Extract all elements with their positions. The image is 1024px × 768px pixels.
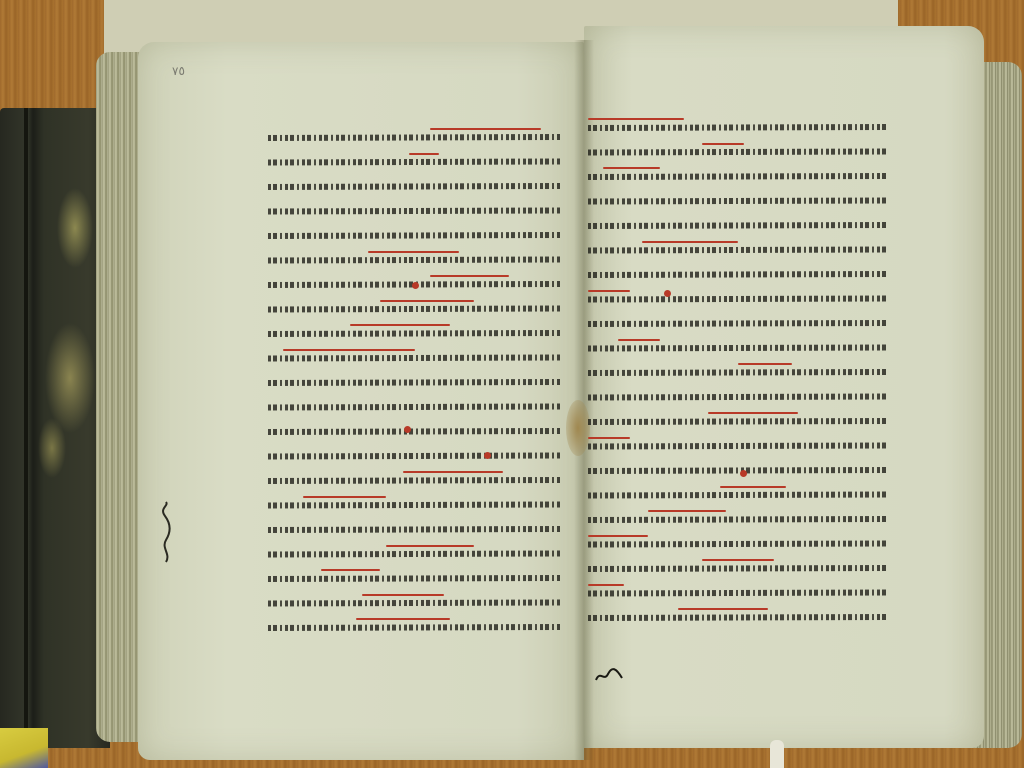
catchword: [594, 666, 624, 684]
handwritten-text: [588, 392, 888, 402]
handwritten-text: [268, 157, 562, 167]
manuscript-line: [268, 371, 562, 396]
handwritten-text: [268, 500, 562, 510]
red-overline: [430, 128, 542, 130]
handwritten-text: [588, 514, 888, 524]
red-overline: [678, 608, 768, 610]
manuscript-line: [588, 508, 888, 533]
handwritten-text: [268, 206, 562, 216]
handwritten-text: [588, 147, 888, 157]
manuscript-line: [268, 518, 562, 543]
handwritten-text: [588, 539, 888, 549]
red-overline: [380, 300, 474, 302]
handwritten-text: [268, 622, 562, 632]
handwritten-text: [268, 181, 562, 191]
handwritten-text: [268, 328, 562, 338]
manuscript-line: [588, 165, 888, 190]
manuscript-line: [588, 190, 888, 215]
red-overline: [588, 290, 630, 292]
red-overline: [588, 437, 630, 439]
red-overline: [430, 275, 509, 277]
red-overline: [588, 535, 648, 537]
manuscript-line: [268, 592, 562, 617]
rubric-dot: [484, 452, 491, 459]
manuscript-line: [268, 445, 562, 470]
manuscript-line: [588, 410, 888, 435]
manuscript-line: [588, 361, 888, 386]
cover-spine-crease: [24, 108, 28, 748]
red-overline: [356, 618, 450, 620]
red-overline: [702, 143, 744, 145]
left-page-text: [268, 126, 562, 641]
handwritten-text: [588, 588, 888, 598]
manuscript-line: [588, 533, 888, 558]
manuscript-line: [268, 469, 562, 494]
margin-script-mark: [159, 500, 173, 564]
manuscript-line: [268, 494, 562, 519]
manuscript-line: [588, 239, 888, 264]
manuscript-line: [588, 386, 888, 411]
handwritten-text: [588, 122, 888, 132]
red-overline: [303, 496, 385, 498]
manuscript-line: [268, 249, 562, 274]
handwritten-text: [588, 343, 888, 353]
handwritten-text: [588, 294, 888, 304]
manuscript-line: [588, 337, 888, 362]
manuscript-line: [588, 484, 888, 509]
red-overline: [720, 486, 786, 488]
manuscript-line: [588, 288, 888, 313]
handwritten-text: [588, 196, 888, 206]
handwritten-text: [588, 220, 888, 230]
handwritten-text: [588, 318, 888, 328]
manuscript-line: [268, 420, 562, 445]
handwritten-text: [588, 269, 888, 279]
handwritten-text: [588, 563, 888, 573]
manuscript-line: [588, 557, 888, 582]
red-overline: [618, 339, 660, 341]
handwritten-text: [268, 475, 562, 485]
manuscript-line: [268, 298, 562, 323]
red-overline: [283, 349, 415, 351]
handwritten-text: [268, 255, 562, 265]
red-overline: [702, 559, 774, 561]
rubric-dot: [412, 282, 419, 289]
rubric-dot: [404, 426, 411, 433]
manuscript-line: [268, 567, 562, 592]
book-cover: [0, 108, 110, 748]
red-overline: [588, 118, 684, 120]
red-overline: [362, 594, 444, 596]
handwritten-text: [268, 132, 562, 142]
handwritten-text: [268, 426, 562, 436]
manuscript-line: [268, 543, 562, 568]
red-overline: [588, 584, 624, 586]
red-overline: [403, 471, 503, 473]
manuscript-line: [268, 616, 562, 641]
red-overline: [386, 545, 474, 547]
manuscript-line: [588, 116, 888, 141]
manuscript-line: [588, 214, 888, 239]
red-overline: [642, 241, 738, 243]
manuscript-line: [268, 151, 562, 176]
handwritten-text: [588, 490, 888, 500]
rubric-dot: [664, 290, 671, 297]
folio-number: ٧٥: [172, 64, 185, 78]
manuscript-line: [588, 435, 888, 460]
manuscript-line: [588, 141, 888, 166]
manuscript-line: [268, 322, 562, 347]
label-sticker: [0, 728, 48, 768]
red-overline: [708, 412, 798, 414]
red-overline: [321, 569, 380, 571]
red-overline: [350, 324, 450, 326]
handwritten-text: [268, 402, 562, 412]
margin-note: [158, 500, 174, 564]
catchword-script-mark: [594, 666, 624, 684]
handwritten-text: [268, 524, 562, 534]
red-overline: [603, 167, 660, 169]
handwritten-text: [268, 377, 562, 387]
red-overline: [648, 510, 726, 512]
manuscript-line: [588, 606, 888, 631]
manuscript-line: [588, 312, 888, 337]
manuscript-line: [588, 582, 888, 607]
manuscript-line: [268, 175, 562, 200]
manuscript-line: [268, 126, 562, 151]
manuscript-line: [588, 263, 888, 288]
handwritten-text: [268, 353, 562, 363]
red-overline: [738, 363, 792, 365]
water-stain: [566, 400, 590, 456]
handwritten-text: [268, 304, 562, 314]
manuscript-line: [268, 396, 562, 421]
manuscript-line: [268, 224, 562, 249]
handwritten-text: [588, 367, 888, 377]
handwritten-text: [268, 230, 562, 240]
handwritten-text: [268, 598, 562, 608]
handwritten-text: [588, 171, 888, 181]
right-page-text: [588, 116, 888, 631]
handwritten-text: [588, 612, 888, 622]
manuscript-line: [268, 347, 562, 372]
handwritten-text: [588, 465, 888, 475]
handwritten-text: [588, 441, 888, 451]
manuscript-line: [588, 459, 888, 484]
red-overline: [409, 153, 438, 155]
red-overline: [368, 251, 459, 253]
handwritten-text: [588, 245, 888, 255]
handwritten-text: [268, 451, 562, 461]
bookmark-ribbon: [770, 740, 784, 768]
handwritten-text: [268, 549, 562, 559]
rubric-dot: [740, 470, 747, 477]
manuscript-line: [268, 200, 562, 225]
handwritten-text: [588, 416, 888, 426]
handwritten-text: [268, 573, 562, 583]
